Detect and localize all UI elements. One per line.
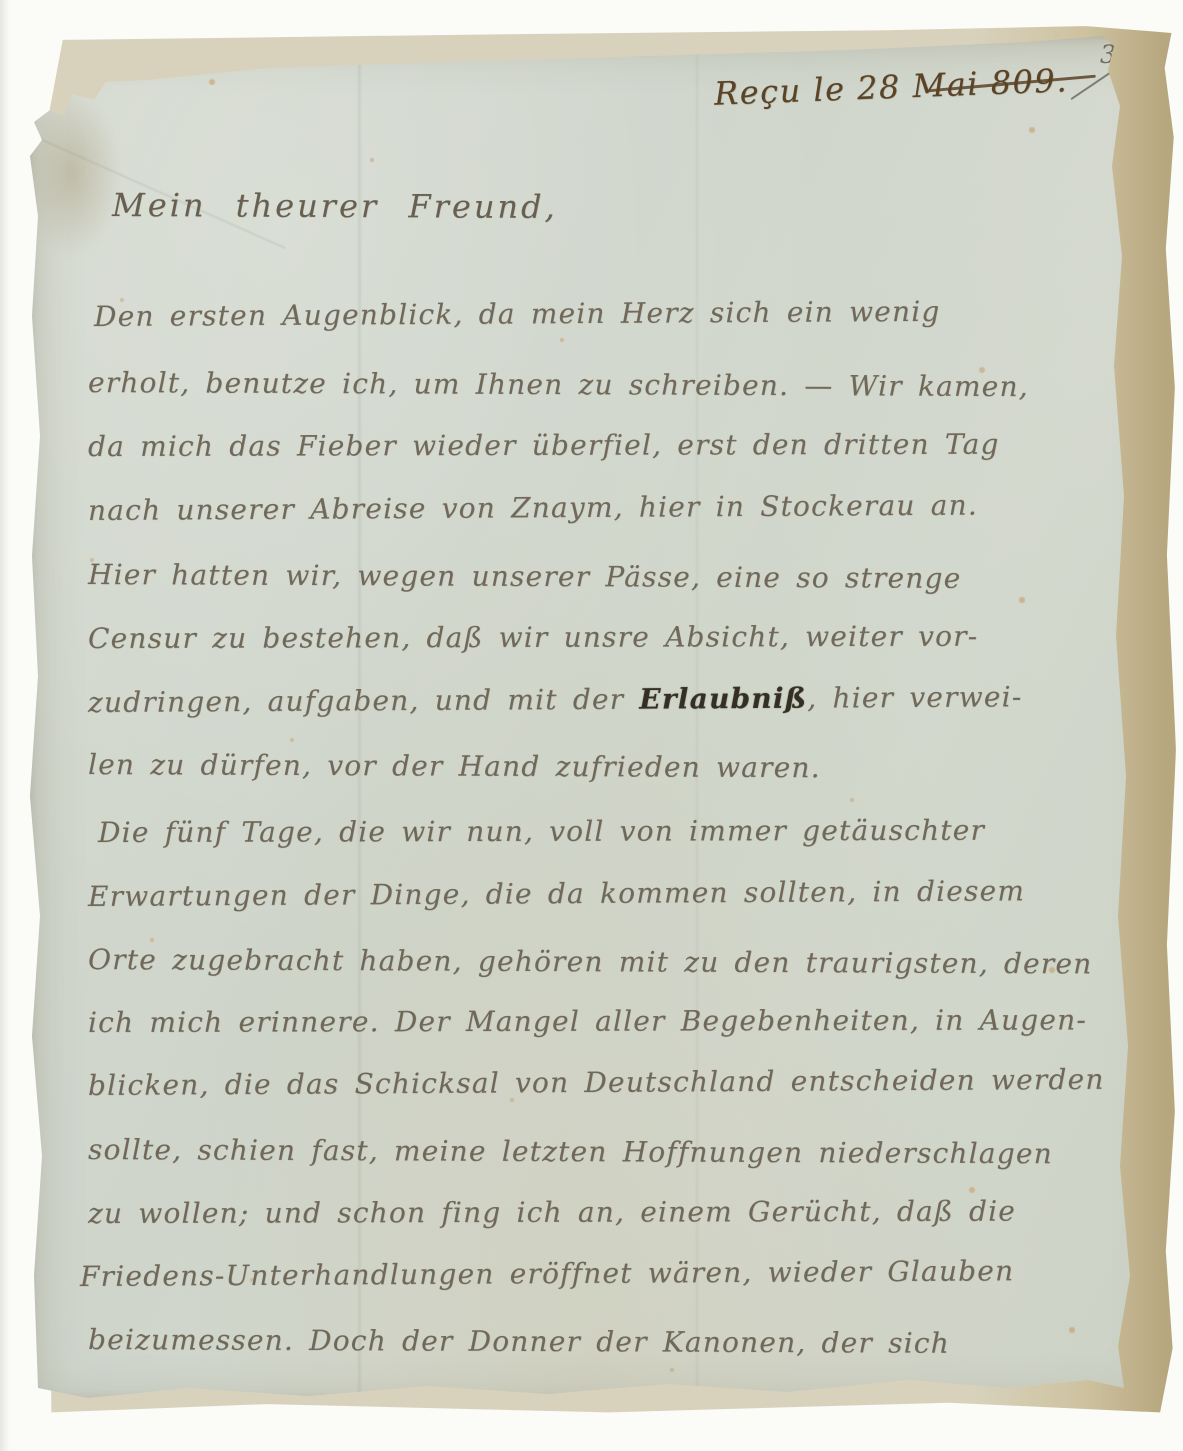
letter-page: Reçu le 28 Mai 809. 3 Mein theurer Freun…	[28, 36, 1169, 1412]
paper-stain	[22, 88, 122, 258]
handwritten-line: Die fünf Tage, die wir nun, voll von imm…	[98, 814, 985, 849]
handwritten-line: da mich das Fieber wieder überfiel, erst…	[88, 428, 1000, 463]
handwritten-line: nach unserer Abreise von Znaym, hier in …	[88, 489, 978, 527]
handwritten-line: Hier hatten wir, wegen unserer Pässe, ei…	[88, 558, 962, 595]
inked-over-word: Erlaubniß	[639, 682, 807, 716]
scanner-edge-shadow	[0, 0, 10, 1451]
handwritten-line: Erwartungen der Dinge, die da kommen sol…	[88, 874, 1025, 913]
handwritten-line: Friedens-Unterhandlungen eröffnet wären,…	[80, 1254, 1014, 1293]
handwritten-line: ich mich erinnere. Der Mangel aller Bege…	[88, 1003, 1087, 1039]
line-text: , hier verwei-	[807, 680, 1022, 714]
handwritten-line: len zu dürfen, vor der Hand zufrieden wa…	[88, 748, 821, 784]
handwritten-line: sollte, schien fast, meine letzten Hoffn…	[88, 1133, 1053, 1170]
salutation-line: Mein theurer Freund,	[112, 186, 558, 226]
handwritten-line: Den ersten Augenblick, da mein Herz sich…	[94, 295, 941, 333]
line-text: zudringen, aufgaben, und mit der	[88, 683, 640, 719]
received-date-note: Reçu le 28 Mai 809.	[713, 61, 1068, 113]
handwritten-line: zu wollen; und schon fing ich an, einem …	[88, 1195, 1016, 1230]
handwritten-line: blicken, die das Schicksal von Deutschla…	[88, 1063, 1105, 1102]
handwritten-line: Orte zugebracht haben, gehören mit zu de…	[88, 943, 1093, 980]
handwritten-line: zudringen, aufgaben, und mit der Erlaubn…	[88, 680, 1023, 719]
handwritten-line: beizumessen. Doch der Donner der Kanonen…	[88, 1323, 950, 1360]
foxing-spots	[28, 36, 32, 40]
handwritten-line: erholt, benutze ich, um Ihnen zu schreib…	[88, 366, 1029, 403]
scan-background: Reçu le 28 Mai 809. 3 Mein theurer Freun…	[0, 0, 1183, 1451]
handwritten-line: Censur zu bestehen, daß wir unsre Absich…	[88, 620, 978, 655]
